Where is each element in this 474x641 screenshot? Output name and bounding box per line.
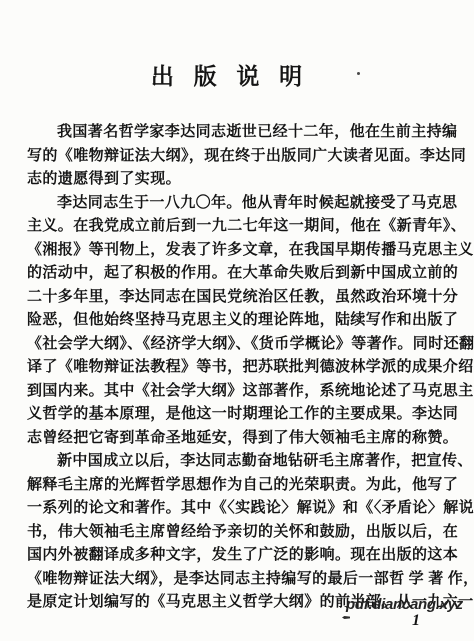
scan-speck <box>342 616 350 619</box>
watermark-text: pdf.diancang.xyz <box>346 596 474 613</box>
scan-speck <box>357 72 360 75</box>
text-line: 写的《唯物辩证法大纲》，现在终于出版同广大读者见面。李达同 <box>27 145 448 169</box>
text-line: 《唯物辩证法大纲》，是李达同志主持编写的最后一部哲 学 著 作， <box>27 568 448 592</box>
text-line: 我国著名哲学家李达同志逝世已经十二年，他在生前主持编 <box>27 121 448 145</box>
text-line: 志曾经把它寄到革命圣地延安，得到了伟大领袖毛主席的称赞。 <box>27 427 448 451</box>
page-title: 出 版 说 明 <box>0 58 460 91</box>
text-line: 志的遗愿得到了实现。 <box>27 168 448 192</box>
text-line: 险恶，但他始终坚持马克思主义的理论阵地，陆续写作和出版了 <box>27 309 448 333</box>
body-text: 我国著名哲学家李达同志逝世已经十二年，他在生前主持编 写的《唯物辩证法大纲》，现… <box>27 121 448 615</box>
text-line: 解释毛主席的光辉哲学思想作为自己的光荣职责。为此，他写了 <box>27 474 448 498</box>
text-line: 二十多年里，李达同志在国民党统治区任教，虽然政治环境十分 <box>27 286 448 310</box>
text-line: 一系列的论文和著作。其中《〈实践论〉解说》和《〈矛盾论〉解说》两 <box>27 497 448 521</box>
text-line: 义哲学的基本原理，是他这一时期理论工作的主要成果。李达同 <box>27 403 448 427</box>
text-line: 国内外被翻译成多种文字，发生了广泛的影响。现在出版的这本 <box>27 544 448 568</box>
text-line: 新中国成立以后，李达同志勤奋地钻研毛主席著作，把宣传、 <box>27 450 448 474</box>
text-line: 《湘报》等刊物上，发表了许多文章，在我国早期传播马克思主义 <box>27 239 448 263</box>
text-line: 书，伟大领袖毛主席曾经给予亲切的关怀和鼓励，出版以后，在 <box>27 521 448 545</box>
text-line: 《社会学大纲》、《经济学大纲》、《货币学概论》等著作。同时还翻 <box>27 333 448 357</box>
text-line: 的活动中，起了积极的作用。在大革命失败后到新中国成立前的 <box>27 262 448 286</box>
text-line: 主义。在我党成立前后到一九二七年这一期间，他在《新青年》、 <box>27 215 448 239</box>
page-number: 1 <box>412 612 420 630</box>
text-line: 到国内来。其中《社会学大纲》这部著作，系统地论述了马克思主 <box>27 380 448 404</box>
scanned-book-page: 出 版 说 明 我国著名哲学家李达同志逝世已经十二年，他在生前主持编 写的《唯物… <box>0 0 474 641</box>
text-line: 译了《唯物辩证法教程》等书，把苏联批判德波林学派的成果介绍 <box>27 356 448 380</box>
text-line: 李达同志生于一八九〇年。他从青年时候起就接受了马克思 <box>27 192 448 216</box>
